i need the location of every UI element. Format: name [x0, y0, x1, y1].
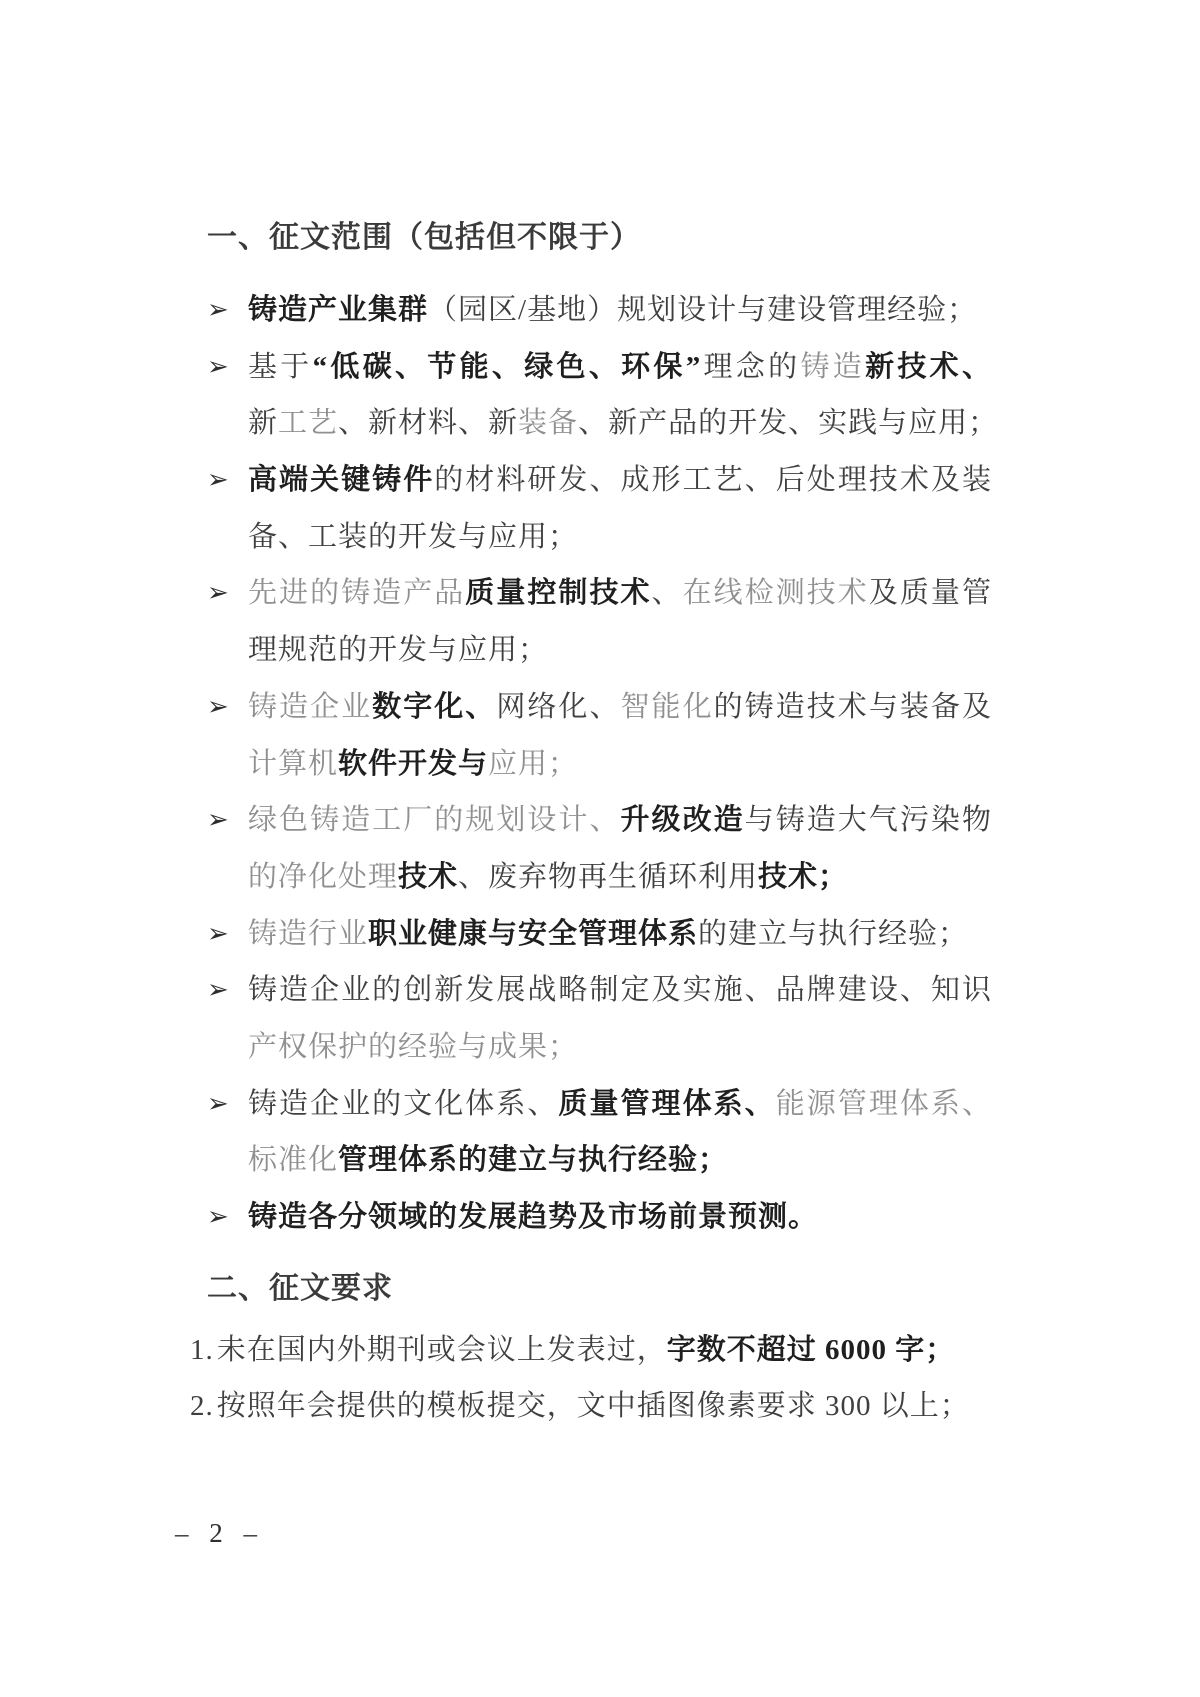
text-segment: 工艺 [278, 407, 338, 439]
text-segment: 、新产品的开发、实践与应用； [578, 407, 998, 439]
list-item: ➢铸造各分领域的发展趋势及市场前景预测。 [207, 1189, 1007, 1246]
arrow-bullet-icon: ➢ [207, 792, 230, 849]
list-item: ➢基于“低碳、节能、绿色、环保”理念的铸造新技术、新工艺、新材料、新装备、新产品… [207, 339, 1007, 452]
text-segment: （园区/基地）规划设计与建设管理经验； [428, 294, 977, 326]
text-segment: 铸造各分领域的发展趋势及市场前景预测。 [248, 1201, 818, 1233]
text-segment: 的铸造技术与装备及 [714, 691, 992, 723]
page-number: – 2 – [175, 1518, 264, 1549]
text-line: ➢铸造行业职业健康与安全管理体系的建立与执行经验； [248, 906, 992, 963]
text-segment: 在线检测技术 [683, 577, 869, 609]
section-2: 二、征文要求1.未在国内外期刊或会议上发表过，字数不超过 6000 字；2.按照… [207, 1246, 1007, 1435]
list-item: 1.未在国内外期刊或会议上发表过，字数不超过 6000 字； [190, 1322, 1007, 1379]
text-segment: 绿色铸造工厂的规划设计、 [248, 804, 621, 836]
list-item: ➢铸造产业集群（园区/基地）规划设计与建设管理经验； [207, 282, 1007, 339]
item-number: 2. [190, 1378, 214, 1435]
text-line: 计算机软件开发与应用； [248, 736, 992, 793]
text-line: ➢铸造企业的创新发展战略制定及实施、品牌建设、知识 [248, 962, 992, 1019]
list-item: 2.按照年会提供的模板提交，文中插图像素要求 300 以上； [190, 1378, 1007, 1435]
arrow-bullet-icon: ➢ [207, 565, 230, 622]
text-segment: 质量控制技术 [465, 577, 651, 609]
text-segment: 未在国内外期刊或会议上发表过， [217, 1334, 667, 1366]
numbered-list: 1.未在国内外期刊或会议上发表过，字数不超过 6000 字；2.按照年会提供的模… [207, 1322, 1007, 1435]
text-line: ➢铸造企业的文化体系、质量管理体系、能源管理体系、 [248, 1076, 992, 1133]
arrow-bullet-icon: ➢ [207, 906, 230, 963]
text-segment: 标准化 [248, 1144, 338, 1176]
text-line: ➢高端关键铸件的材料研发、成形工艺、后处理技术及装 [248, 452, 992, 509]
text-line: 的净化处理技术、废弃物再生循环利用技术； [248, 849, 992, 906]
text-segment: 管理体系的建立与执行经验； [338, 1144, 728, 1176]
text-segment: 备、工装的开发与应用； [248, 521, 578, 553]
text-line: ➢铸造产业集群（园区/基地）规划设计与建设管理经验； [248, 282, 992, 339]
text-segment: 软件开发与 [338, 748, 488, 780]
arrow-bullet-icon: ➢ [207, 339, 230, 396]
list-item: ➢铸造行业职业健康与安全管理体系的建立与执行经验； [207, 906, 1007, 963]
text-segment: 先进的铸造产品 [248, 577, 465, 609]
text-line: ➢铸造各分领域的发展趋势及市场前景预测。 [248, 1189, 992, 1246]
section-heading: 一、征文范围（包括但不限于） [207, 214, 1007, 282]
text-segment: 高端关键铸件 [248, 464, 434, 496]
text-line: 标准化管理体系的建立与执行经验； [248, 1132, 992, 1189]
arrow-bullet-icon: ➢ [207, 1189, 230, 1246]
text-segment: 能源管理体系、 [776, 1088, 992, 1120]
text-segment: “低碳、节能、绿色、环保” [313, 351, 702, 383]
text-segment: 装备 [518, 407, 578, 439]
text-segment: 及质量管 [869, 577, 992, 609]
text-segment: 理念的 [701, 351, 800, 383]
text-segment: 按照年会提供的模板提交，文中插图像素要求 300 以上； [217, 1390, 970, 1422]
list-item: ➢铸造企业的文化体系、质量管理体系、能源管理体系、标准化管理体系的建立与执行经验… [207, 1076, 1007, 1189]
text-segment: 铸造企业的创新发展战略制定及实施、品牌建设、知识 [248, 974, 992, 1006]
text-segment: 新技术、 [865, 351, 992, 383]
text-line: 新工艺、新材料、新装备、新产品的开发、实践与应用； [248, 395, 992, 452]
text-line: 理规范的开发与应用； [248, 622, 992, 679]
text-segment: 铸造 [800, 351, 865, 383]
text-segment: 产权保护的经验与成果； [248, 1031, 578, 1063]
text-line: 2.按照年会提供的模板提交，文中插图像素要求 300 以上； [190, 1378, 1002, 1435]
text-segment: 职业健康与安全管理体系 [368, 918, 698, 950]
text-segment: 、新材料、新 [338, 407, 518, 439]
text-segment: 、 [652, 577, 683, 609]
arrow-bullet-icon: ➢ [207, 962, 230, 1019]
document-body: 一、征文范围（包括但不限于）➢铸造产业集群（园区/基地）规划设计与建设管理经验；… [207, 214, 1007, 1435]
text-segment: 的建立与执行经验； [698, 918, 968, 950]
text-segment: 铸造行业 [248, 918, 368, 950]
text-segment: 铸造企业 [248, 691, 372, 723]
text-segment: 与铸造大气污染物 [745, 804, 992, 836]
item-number: 1. [190, 1322, 214, 1379]
text-segment: 的净化处理 [248, 861, 398, 893]
text-segment: 字数不超过 6000 字； [667, 1334, 956, 1366]
text-segment: 智能化 [621, 691, 714, 723]
bullet-list: ➢铸造产业集群（园区/基地）规划设计与建设管理经验；➢基于“低碳、节能、绿色、环… [207, 282, 1007, 1246]
document-page: 一、征文范围（包括但不限于）➢铸造产业集群（园区/基地）规划设计与建设管理经验；… [0, 0, 1200, 1697]
arrow-bullet-icon: ➢ [207, 452, 230, 509]
text-segment: 技术； [758, 861, 848, 893]
text-segment: 应用； [488, 748, 578, 780]
text-segment: 、废弃物再生循环利用 [458, 861, 758, 893]
text-line: 1.未在国内外期刊或会议上发表过，字数不超过 6000 字； [190, 1322, 1002, 1379]
text-segment: 铸造企业的文化体系、 [248, 1088, 558, 1120]
text-segment: 数字化、 [372, 691, 496, 723]
text-segment: 新 [248, 407, 278, 439]
arrow-bullet-icon: ➢ [207, 282, 230, 339]
text-line: ➢先进的铸造产品质量控制技术、在线检测技术及质量管 [248, 565, 992, 622]
text-segment: 网络化、 [496, 691, 620, 723]
section-heading: 二、征文要求 [207, 1246, 1007, 1322]
list-item: ➢绿色铸造工厂的规划设计、升级改造与铸造大气污染物的净化处理技术、废弃物再生循环… [207, 792, 1007, 905]
text-segment: 质量管理体系、 [558, 1088, 775, 1120]
list-item: ➢先进的铸造产品质量控制技术、在线检测技术及质量管理规范的开发与应用； [207, 565, 1007, 678]
text-segment: 的材料研发、成形工艺、后处理技术及装 [434, 464, 992, 496]
list-item: ➢高端关键铸件的材料研发、成形工艺、后处理技术及装备、工装的开发与应用； [207, 452, 1007, 565]
text-segment: 计算机 [248, 748, 338, 780]
text-segment: 技术 [398, 861, 458, 893]
text-segment: 基于 [248, 351, 313, 383]
arrow-bullet-icon: ➢ [207, 1076, 230, 1133]
text-line: ➢铸造企业数字化、网络化、智能化的铸造技术与装备及 [248, 679, 992, 736]
text-line: ➢绿色铸造工厂的规划设计、升级改造与铸造大气污染物 [248, 792, 992, 849]
list-item: ➢铸造企业数字化、网络化、智能化的铸造技术与装备及计算机软件开发与应用； [207, 679, 1007, 792]
text-segment: 升级改造 [621, 804, 745, 836]
text-line: ➢基于“低碳、节能、绿色、环保”理念的铸造新技术、 [248, 339, 992, 396]
list-item: ➢铸造企业的创新发展战略制定及实施、品牌建设、知识产权保护的经验与成果； [207, 962, 1007, 1075]
text-segment: 理规范的开发与应用； [248, 634, 548, 666]
text-line: 备、工装的开发与应用； [248, 509, 992, 566]
arrow-bullet-icon: ➢ [207, 679, 230, 736]
text-line: 产权保护的经验与成果； [248, 1019, 992, 1076]
section-1: 一、征文范围（包括但不限于）➢铸造产业集群（园区/基地）规划设计与建设管理经验；… [207, 214, 1007, 1246]
text-segment: 铸造产业集群 [248, 294, 428, 326]
